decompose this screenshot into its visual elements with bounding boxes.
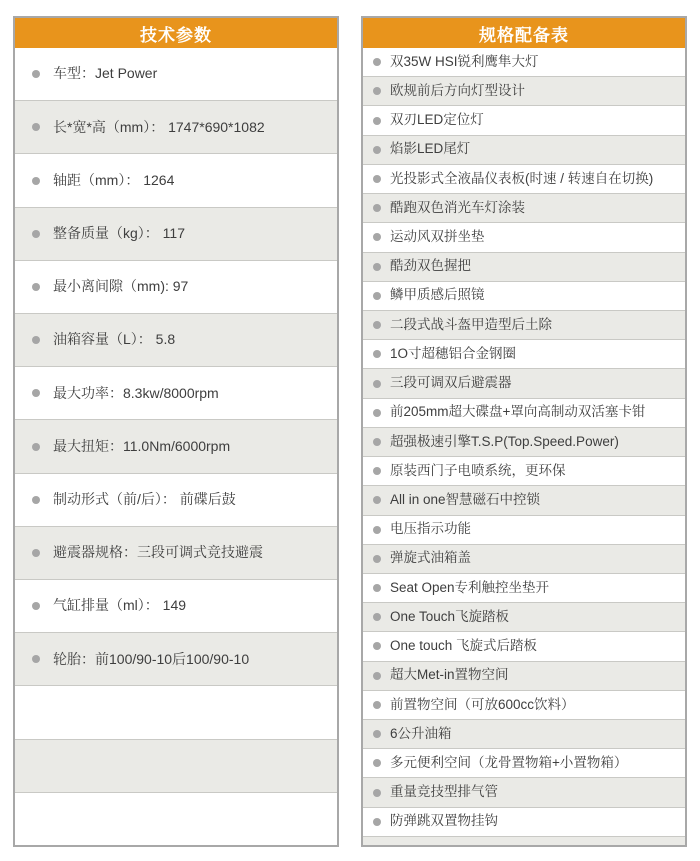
bullet-icon <box>32 336 40 344</box>
bullet-icon <box>373 263 381 271</box>
bullet-icon <box>32 496 40 504</box>
spec-row: 长*宽*高（mm）： 1747*690*1082 <box>15 101 337 154</box>
bullet-icon <box>32 283 40 291</box>
bullet-icon <box>373 642 381 650</box>
spec-row-label: 双35W HSI锐利鹰隼大灯 <box>390 55 539 70</box>
table-footer-strip <box>363 836 685 845</box>
spec-row-empty <box>15 740 337 793</box>
spec-row: 气缸排量（ml）： 149 <box>15 580 337 633</box>
spec-row-label: 电压指示功能 <box>390 522 471 537</box>
bullet-icon <box>373 146 381 154</box>
spec-row: 鳞甲质感后照镜 <box>363 282 685 311</box>
spec-row-label: 超强极速引擎T.S.P(Top.Speed.Power) <box>390 435 619 450</box>
spec-row: 酷跑双色消光车灯涂装 <box>363 194 685 223</box>
spec-row-label: 焰影LED尾灯 <box>390 142 470 157</box>
spec-row-label: 轴距（mm）： 1264 <box>53 173 174 188</box>
spec-row-label: 原装西门子电喷系统，更环保 <box>390 464 566 479</box>
bullet-icon <box>373 438 381 446</box>
bullet-icon <box>373 321 381 329</box>
spec-row: 超强极速引擎T.S.P(Top.Speed.Power) <box>363 428 685 457</box>
spec-row: 超大Met-in置物空间 <box>363 662 685 691</box>
bullet-icon <box>373 58 381 66</box>
spec-row-label: 弹旋式油箱盖 <box>390 551 471 566</box>
bullet-icon <box>32 230 40 238</box>
spec-row-label: 超大Met-in置物空间 <box>390 668 509 683</box>
bullet-icon <box>373 613 381 621</box>
spec-row: 制动形式（前/后）： 前碟后鼓 <box>15 474 337 527</box>
spec-row-label: 酷跑双色消光车灯涂装 <box>390 201 525 216</box>
spec-row: All in one智慧磁石中控锁 <box>363 486 685 515</box>
equipment-title: 规格配备表 <box>479 21 569 46</box>
spec-row: 前置物空间（可放600cc饮料） <box>363 691 685 720</box>
spec-row-label: 油箱容量（L）： 5.8 <box>53 332 175 347</box>
spec-row-label: 长*宽*高（mm）： 1747*690*1082 <box>53 120 265 135</box>
bullet-icon <box>373 233 381 241</box>
bullet-icon <box>32 70 40 78</box>
spec-row: 二段式战斗盔甲造型后土除 <box>363 311 685 340</box>
spec-row-empty <box>15 793 337 845</box>
bullet-icon <box>373 87 381 95</box>
tech-params-header: 技术参数 <box>15 18 337 48</box>
spec-row-label: 运动风双拼坐垫 <box>390 230 485 245</box>
spec-row: 弹旋式油箱盖 <box>363 545 685 574</box>
spec-row: One Touch飞旋踏板 <box>363 603 685 632</box>
bullet-icon <box>32 123 40 131</box>
bullet-icon <box>32 655 40 663</box>
spec-row: 1O寸超穗铝合金钢圈 <box>363 340 685 369</box>
spec-row: 最大功率：8.3kw/8000rpm <box>15 367 337 420</box>
spec-row-label: One Touch飞旋踏板 <box>390 610 509 625</box>
spec-row: 三段可调双后避震器 <box>363 369 685 398</box>
bullet-icon <box>32 602 40 610</box>
spec-row: 双刃LED定位灯 <box>363 106 685 135</box>
bullet-icon <box>373 350 381 358</box>
spec-row-label: 最大功率：8.3kw/8000rpm <box>53 386 219 401</box>
tech-params-table: 技术参数 车型：Jet Power长*宽*高（mm）： 1747*690*108… <box>13 16 339 847</box>
spec-row-label: 前205mm超大碟盘+罩向高制动双活塞卡钳 <box>390 405 645 420</box>
bullet-icon <box>373 672 381 680</box>
spec-row-empty <box>15 686 337 739</box>
spec-row-label: 最大扭矩：11.0Nm/6000rpm <box>53 439 230 454</box>
spec-row: 重量竞技型排气管 <box>363 778 685 807</box>
spec-row: 原装西门子电喷系统，更环保 <box>363 457 685 486</box>
bullet-icon <box>373 701 381 709</box>
spec-row-label: 避震器规格：三段可调式竞技避震 <box>53 545 263 560</box>
spec-row-label: 整备质量（kg）： 117 <box>53 226 185 241</box>
spec-row-label: 多元便利空间（龙骨置物箱+小置物箱） <box>390 756 627 771</box>
spec-row-label: 制动形式（前/后）： 前碟后鼓 <box>53 492 236 507</box>
bullet-icon <box>373 292 381 300</box>
spec-row-label: 最小离间隙（mm): 97 <box>53 279 188 294</box>
bullet-icon <box>373 759 381 767</box>
bullet-icon <box>373 818 381 826</box>
bullet-icon <box>373 730 381 738</box>
bullet-icon <box>373 409 381 417</box>
spec-row-label: 车型：Jet Power <box>53 66 157 81</box>
spec-row-label: 光投影式全液晶仪表板(时速 / 转速自在切换) <box>390 172 653 187</box>
spec-row-label: 气缸排量（ml）： 149 <box>53 598 186 613</box>
bullet-icon <box>32 389 40 397</box>
spec-row: 整备质量（kg）： 117 <box>15 208 337 261</box>
bullet-icon <box>373 555 381 563</box>
bullet-icon <box>373 789 381 797</box>
spec-row: 焰影LED尾灯 <box>363 136 685 165</box>
spec-row-label: 二段式战斗盔甲造型后土除 <box>390 318 552 333</box>
spec-row-label: 轮胎：前100/90-10后100/90-10 <box>53 652 249 667</box>
bullet-icon <box>373 584 381 592</box>
spec-row: 运动风双拼坐垫 <box>363 223 685 252</box>
spec-row: 电压指示功能 <box>363 516 685 545</box>
spec-row: 多元便利空间（龙骨置物箱+小置物箱） <box>363 749 685 778</box>
spec-row-label: 鳞甲质感后照镜 <box>390 288 485 303</box>
spec-row-label: One touch 飞旋式后踏板 <box>390 639 537 654</box>
tech-params-title: 技术参数 <box>140 21 212 46</box>
bullet-icon <box>373 204 381 212</box>
tech-params-body: 车型：Jet Power长*宽*高（mm）： 1747*690*1082轴距（m… <box>15 48 337 845</box>
spec-row: 最大扭矩：11.0Nm/6000rpm <box>15 420 337 473</box>
spec-row: 光投影式全液晶仪表板(时速 / 转速自在切换) <box>363 165 685 194</box>
bullet-icon <box>373 467 381 475</box>
spec-row: 酷劲双色握把 <box>363 253 685 282</box>
bullet-icon <box>32 443 40 451</box>
spec-row: 避震器规格：三段可调式竞技避震 <box>15 527 337 580</box>
equipment-body: 双35W HSI锐利鹰隼大灯欧规前后方向灯型设计双刃LED定位灯焰影LED尾灯光… <box>363 48 685 836</box>
spec-row: 防弹跳双置物挂钩 <box>363 808 685 836</box>
spec-row-label: 三段可调双后避震器 <box>390 376 512 391</box>
equipment-table: 规格配备表 双35W HSI锐利鹰隼大灯欧规前后方向灯型设计双刃LED定位灯焰影… <box>361 16 687 847</box>
bullet-icon <box>373 496 381 504</box>
spec-row-label: 前置物空间（可放600cc饮料） <box>390 698 575 713</box>
spec-row-label: 重量竞技型排气管 <box>390 785 498 800</box>
spec-row-label: 酷劲双色握把 <box>390 259 471 274</box>
spec-row: 油箱容量（L）： 5.8 <box>15 314 337 367</box>
bullet-icon <box>373 175 381 183</box>
spec-row-label: 6公升油箱 <box>390 727 452 742</box>
spec-row-label: 1O寸超穗铝合金钢圈 <box>390 347 516 362</box>
equipment-header: 规格配备表 <box>363 18 685 48</box>
spec-sheet: 技术参数 车型：Jet Power长*宽*高（mm）： 1747*690*108… <box>0 0 700 861</box>
spec-row-label: Seat Open专利触控坐垫开 <box>390 581 549 596</box>
spec-row: 轴距（mm）： 1264 <box>15 154 337 207</box>
spec-row: One touch 飞旋式后踏板 <box>363 632 685 661</box>
bullet-icon <box>32 549 40 557</box>
spec-row-label: 欧规前后方向灯型设计 <box>390 84 525 99</box>
bullet-icon <box>373 117 381 125</box>
spec-row: 欧规前后方向灯型设计 <box>363 77 685 106</box>
spec-row: 最小离间隙（mm): 97 <box>15 261 337 314</box>
spec-row: 轮胎：前100/90-10后100/90-10 <box>15 633 337 686</box>
spec-row: 6公升油箱 <box>363 720 685 749</box>
bullet-icon <box>373 380 381 388</box>
spec-row-label: 双刃LED定位灯 <box>390 113 484 128</box>
bullet-icon <box>373 526 381 534</box>
spec-row: 车型：Jet Power <box>15 48 337 101</box>
bullet-icon <box>32 177 40 185</box>
spec-row: Seat Open专利触控坐垫开 <box>363 574 685 603</box>
spec-row: 双35W HSI锐利鹰隼大灯 <box>363 48 685 77</box>
spec-row: 前205mm超大碟盘+罩向高制动双活塞卡钳 <box>363 399 685 428</box>
spec-row-label: All in one智慧磁石中控锁 <box>390 493 540 508</box>
spec-row-label: 防弹跳双置物挂钩 <box>390 814 498 829</box>
